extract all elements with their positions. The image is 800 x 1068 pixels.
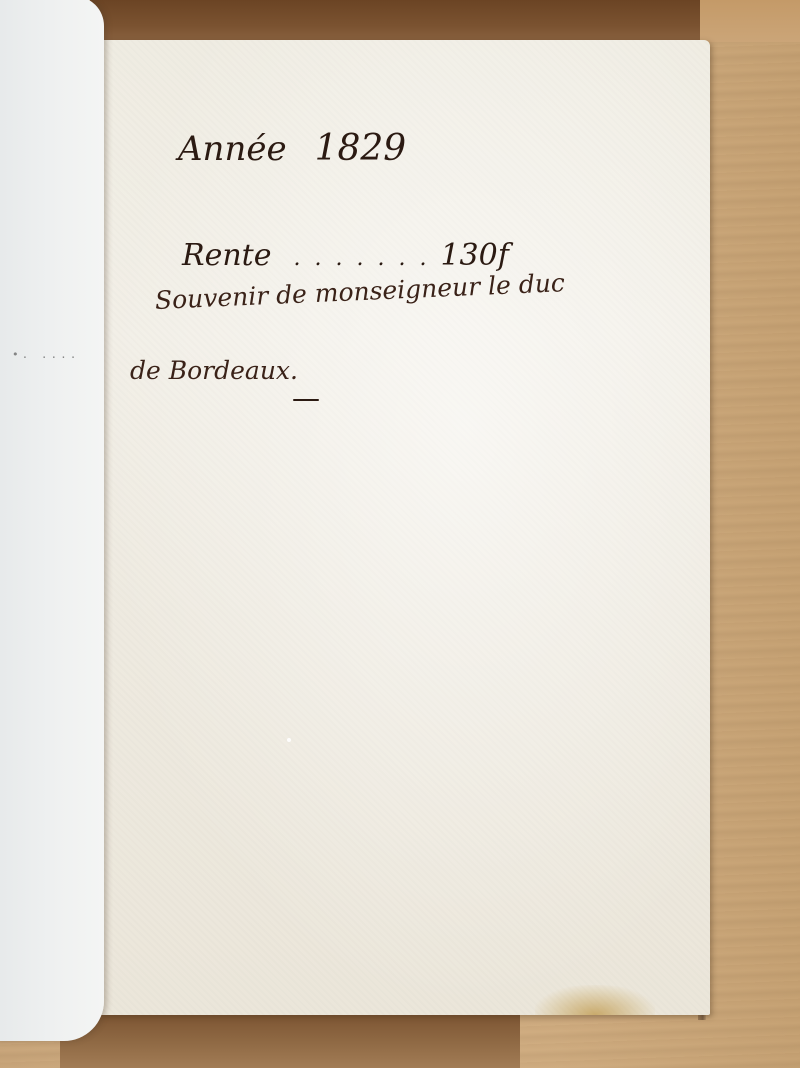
- heading-label: Année: [178, 129, 287, 169]
- manuscript-page: [100, 40, 710, 1015]
- water-stain: [535, 985, 655, 1015]
- note-line-2: de Bordeaux.: [130, 356, 298, 385]
- rente-label: Rente: [182, 238, 271, 273]
- rente-entry-line: Rente.......130f: [182, 238, 509, 273]
- left-page-ink-marks: •. ....: [12, 348, 79, 361]
- dot-leader: .......: [293, 246, 440, 271]
- heading-year: 1829: [315, 128, 407, 169]
- paper-speck: [287, 738, 291, 742]
- wooden-table-top-edge: [90, 0, 710, 42]
- wooden-table-bottom-edge: [60, 1010, 520, 1068]
- rente-amount: 130f: [440, 238, 508, 273]
- wooden-table-top-right: [700, 0, 800, 42]
- ink-underline-mark: [293, 399, 319, 401]
- heading-year-line: Année1829: [178, 128, 406, 169]
- left-facing-page: •. ....: [0, 0, 104, 1041]
